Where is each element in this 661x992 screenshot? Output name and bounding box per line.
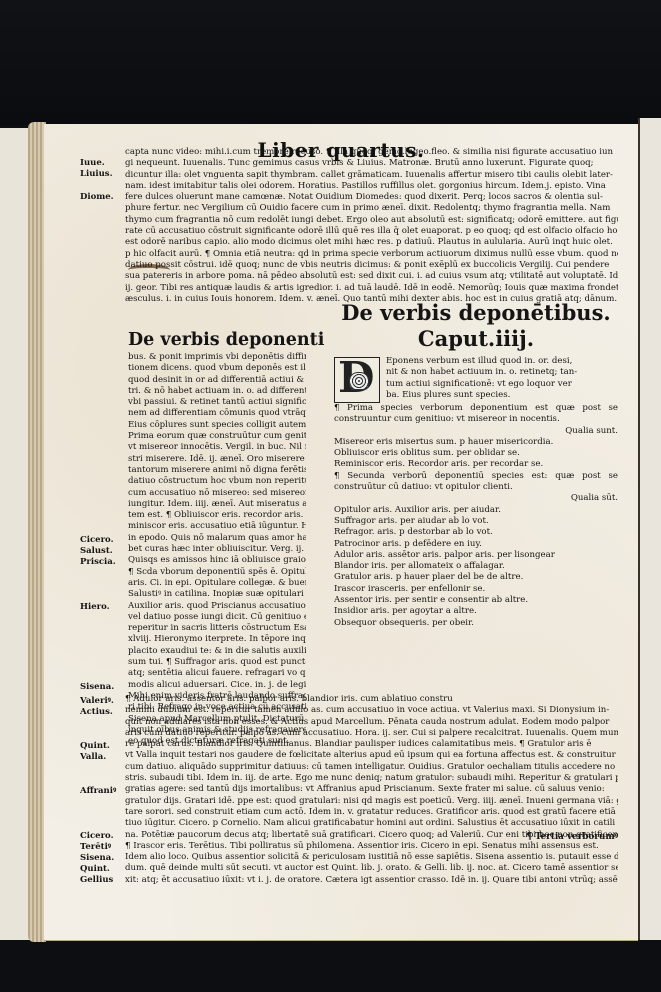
margin-note: Iuue.	[80, 158, 105, 169]
text-line: aris cum datiuo reperitur. palpo as. cum…	[125, 728, 618, 739]
text-line: ¶ Irascor eris. Terētius. Tibi polliratu…	[125, 841, 618, 852]
text-line: datiuo cōstructum hoc vbum non reperitur	[128, 476, 306, 487]
left-column: De verbis deponenti bus. & ponit imprimi…	[128, 330, 306, 747]
margin-note: Salust.	[80, 546, 113, 557]
example-line: Misereor eris misertus sum. p hauer mise…	[334, 437, 618, 448]
text-line: aris. Ci. in epi. Opitulare collegæ. & b…	[128, 578, 306, 589]
text-line: bus. & ponit imprimis vbi deponētis diff…	[128, 352, 306, 363]
example-line: Irascor irasceris. per enfellonir se.	[334, 584, 618, 595]
second-species: ¶ Secunda verborū deponentiū species est…	[334, 471, 618, 494]
text-line: ¶ Adulor aris. assentor aris. palpor ari…	[125, 694, 618, 705]
text-line: Idem alio loco. Quibus assentior solicit…	[125, 852, 618, 863]
text-line: Prima eorum quæ construūtur cum genitiuo…	[128, 431, 306, 442]
example-line: Suffragor aris. per aiudar ab lo vot.	[334, 516, 618, 527]
text-line: tri. & nō habet actiuam in. o. ad differ…	[128, 386, 306, 397]
right-column: De verbis deponētibus. Caput.iiij. D Epo…	[334, 300, 618, 629]
text-line: dicuntur illa: olet vnguenta sapit thymb…	[125, 170, 618, 181]
text-line: tem est. ¶ Obliuiscor eris. recordor ari…	[128, 510, 306, 521]
dark-background	[0, 0, 661, 125]
margin-note: Priscia.	[80, 557, 116, 568]
text-line: capta nunc video: mihi.i.cum tremore rec…	[125, 147, 618, 158]
margin-note: Sisena.	[80, 682, 114, 693]
text-line: Eius cōplures sunt species colligit aute…	[128, 420, 306, 431]
text-line: modis alicui aduersari. Cice. in. j. de …	[128, 680, 306, 691]
text-line: rate cū accusatiuo cōstruit significante…	[125, 226, 618, 237]
text-line: gi nequeunt. Iuuenalis. Tunc gemimus cas…	[125, 158, 618, 169]
margin-note: Valeriꝰ.	[80, 696, 114, 707]
margin-note: Valla.	[80, 752, 106, 763]
text-line: fere dulces oluerunt mane camœnæ. Notat …	[125, 192, 618, 203]
text-line: Quisqs es amissos hinc iā obliuisce grai…	[128, 555, 306, 566]
text-line: p hic olfacit aurū. ¶ Omnia etiā neutra:…	[125, 249, 618, 260]
text-line: in epodo. Quis nō malarum quas amor ha-	[128, 533, 306, 544]
text-line: quod desinit in or ad differentiā actiui…	[128, 375, 306, 386]
text-line: vel datiuo posse iungi dicit. Cū genitiu…	[128, 612, 306, 623]
gutter-binding	[638, 118, 661, 940]
text-line: miniscor eris. accusatiuo etiā iūguntur.…	[128, 521, 306, 532]
text-line: tionem dicens. quod vbum deponēs est ill…	[128, 363, 306, 374]
text-line: datiuo possit cōstrui. idē quoq; nunc de…	[125, 260, 618, 271]
text-line: ij. geor. Tibi res antiquæ laudis & arti…	[125, 283, 618, 294]
margin-note: Gellius	[80, 875, 113, 886]
example-line: Blandor iris. per allomateix o affalagar…	[334, 561, 618, 572]
text-line: atq; sentētia alicui fauere. refragari v…	[128, 668, 306, 679]
text-line: quit non adulares ista non esses. & Acti…	[125, 717, 618, 728]
margin-note: Liuius.	[80, 169, 113, 180]
text-line: stri miserere. Idē. ij. æneī. Oro misere…	[128, 454, 306, 465]
example-line: Obsequor obsequeris. per obeir.	[334, 618, 618, 629]
top-text-block: capta nunc video: mihi.i.cum tremore rec…	[125, 147, 618, 305]
margin-note: Hiero.	[80, 602, 110, 613]
example-line: Gratulor aris. p hauer plaer del be de a…	[334, 572, 618, 583]
text-line: dum. quē deinde multi sūt secuti. vt auc…	[125, 863, 618, 874]
book-page: Liber quartus. capta nunc video: mihi.i.…	[44, 124, 638, 941]
example-line: Reminiscor eris. Recordor aris. per reco…	[334, 459, 618, 470]
text-line: est odorē naribus capio. alio modo dicim…	[125, 237, 618, 248]
text-line: gratulor dijs. Gratari idē. ppe est: quo…	[125, 796, 618, 807]
decorated-initial: D	[334, 357, 380, 403]
margin-note: Cicero.	[80, 831, 114, 842]
text-line: Auxilior aris. quod Priscianus accusatiu…	[128, 601, 306, 612]
text-line: reperitur in sacris litteris cōstructum …	[128, 623, 306, 634]
examples-list-2: Opitulor aris. Auxilior aris. per aiudar…	[334, 505, 618, 629]
text-line: tiuo iūgitur. Cicero. p Cornelio. Nam al…	[125, 818, 618, 829]
example-line: Patrocinor aris. p defēdere en iuy.	[334, 539, 618, 550]
chapter-title: De verbis deponētibus.	[334, 300, 618, 326]
margin-note: Affraniꝰ	[80, 786, 116, 797]
animal-illustration-icon	[349, 372, 369, 390]
text-line: gratias agere: sed tantū dijs imortalibu…	[125, 784, 618, 795]
text-line: sua patereris in arbore poma. nā pēdeo a…	[125, 271, 618, 282]
margin-note: Quint.	[80, 864, 110, 875]
text-line: Salustiꝰ in catilina. Inopiæ suæ opitula…	[128, 589, 306, 600]
text-line: placito exaudiui te: & in die salutis au…	[128, 646, 306, 657]
example-line: Obliuiscor eris oblitus sum. per oblidar…	[334, 448, 618, 459]
chapter-number: Caput.iiij.	[334, 326, 618, 352]
text-line: nemini dubium est. reperitur tamen adulo…	[125, 705, 618, 716]
margin-note: Quint.	[80, 741, 110, 752]
text-line: bet curas hæc inter obliuiscitur. Verg. …	[128, 544, 306, 555]
margin-note: Cicero.	[80, 535, 114, 546]
text-line: xlviij. Hieronymo iterprete. In tēpore i…	[128, 634, 306, 645]
text-line: iungitur. Idem. iiij. æneī. Aut miseratu…	[128, 499, 306, 510]
text-line: ¶ Scda vborum deponentiū spēs ē. Opitulo…	[128, 567, 306, 578]
margin-note: Actius.	[80, 707, 113, 718]
text-line: vt Valla inquit testari nos gaudere de f…	[125, 750, 618, 761]
catchword: ¶ Tertia verborumꝰ	[526, 830, 618, 842]
text-line: tantorum miserere animi nō digna ferētis…	[128, 465, 306, 476]
qualia-label-2: Qualia sūt.	[334, 493, 618, 504]
margin-note: Sisena.	[80, 853, 114, 864]
text-line: nit & non habet actiuum in. o. retinetq;…	[386, 367, 618, 378]
left-column-heading: De verbis deponenti	[128, 330, 306, 350]
left-column-text: bus. & ponit imprimis vbi deponētis diff…	[128, 352, 306, 747]
text-line: cum accusatiuo nō misereo: sed misereor.…	[128, 488, 306, 499]
text-line: thymo cum fragrantia nō cum redolēt iung…	[125, 215, 618, 226]
margin-note: Terētiꝰ	[80, 842, 111, 853]
text-line: xit: atq; ēt accusatiuo iūxit: vt i. j. …	[125, 875, 618, 886]
example-line: Refragor. aris. p destorbar ab lo vot.	[334, 527, 618, 538]
bottom-text-block: ¶ Adulor aris. assentor aris. palpor ari…	[125, 694, 618, 886]
text-line: ba. Eius plures sunt species.	[386, 390, 618, 401]
text-line: nem ad differentiam cōmunis quod vtrāq; …	[128, 408, 306, 419]
examples-list-1: Misereor eris misertus sum. p hauer mise…	[334, 437, 618, 471]
text-line: sum tui. ¶ Suffragor aris. quod est punc…	[128, 657, 306, 668]
example-line: Assentor iris. per sentir e consentir ab…	[334, 595, 618, 606]
text-line: cum datiuo. aliquādo supprimitur datiuus…	[125, 762, 618, 773]
text-line: nam. idest imitabitur talis olei odorem.…	[125, 181, 618, 192]
first-species: ¶ Prima species verborum deponentium est…	[334, 403, 618, 426]
text-line: stris. subaudi tibi. Idem in. iij. de ar…	[125, 773, 618, 784]
text-line: tare sorori. sed construit etiam cum act…	[125, 807, 618, 818]
margin-note: Diome.	[80, 192, 114, 203]
text-line: tum actiui significationē: vt ego loquor…	[386, 379, 618, 390]
text-line: re palpat carus. Blandior iris. Quintili…	[125, 739, 618, 750]
text-line: vt misereor innocētis. Vergil. in buc. N…	[128, 442, 306, 453]
qualia-label-1: Qualia sunt.	[334, 426, 618, 437]
example-line: Opitulor aris. Auxilior aris. per aiudar…	[334, 505, 618, 516]
example-line: Adulor aris. assētor aris. palpor aris. …	[334, 550, 618, 561]
text-line: Eponens verbum est illud quod in. or. de…	[386, 356, 618, 367]
example-line: Insidior aris. per agoytar a altre.	[334, 606, 618, 617]
text-line: phure fertur. nec Vergilium cū Ouidio fa…	[125, 203, 618, 214]
text-line: vbi passiui. & retinet tantū actiui sign…	[128, 397, 306, 408]
